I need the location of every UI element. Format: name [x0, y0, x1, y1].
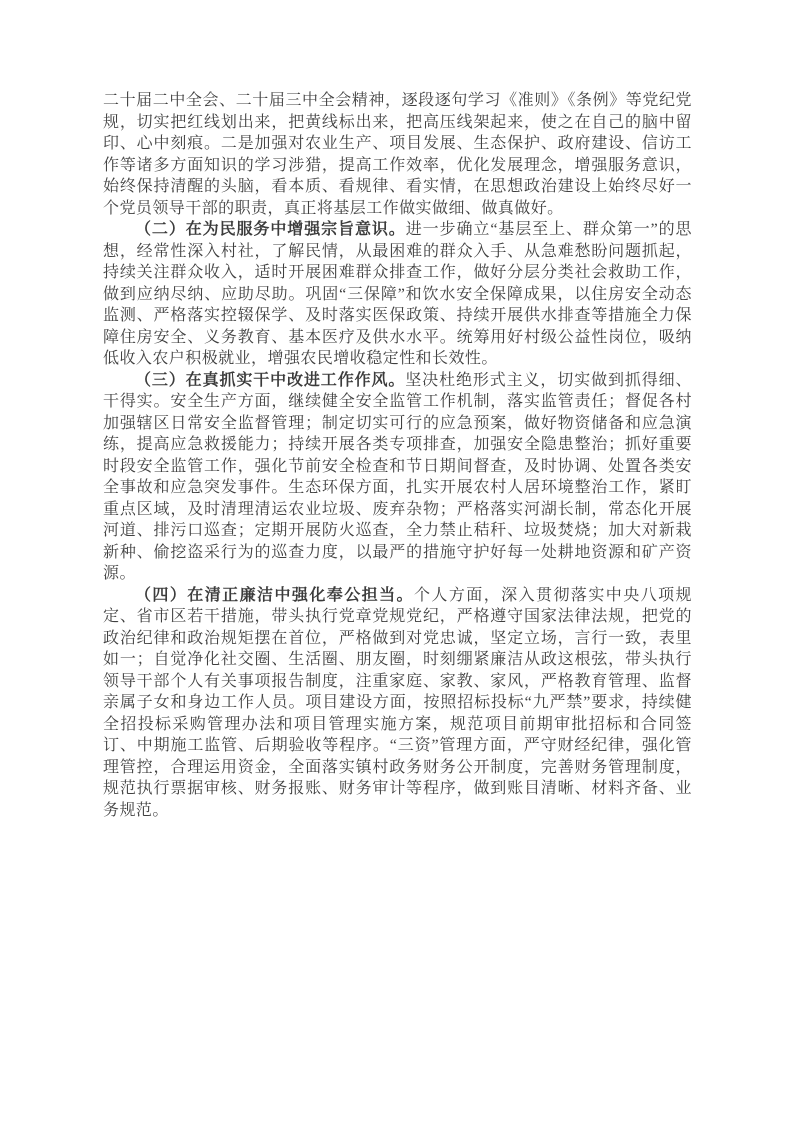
section-heading-4: （四）在清正廉洁中强化奉公担当。 — [135, 587, 414, 604]
document-page: 二十届二中全会、二十届三中全会精神，逐段逐句学习《准则》《条例》等党纪党规，切实… — [0, 0, 793, 1122]
section-heading-2: （二）在为民服务中增强宗旨意识。 — [135, 221, 406, 238]
paragraph-section-2: （二）在为民服务中增强宗旨意识。进一步确立“基层至上、群众第一”的思想，经常性深… — [103, 219, 692, 370]
paragraph-body-text: 个人方面，深入贯彻落实中央八项规定、省市区若干措施，带头执行党章党规党纪，严格遵… — [103, 587, 692, 819]
section-heading-3: （三）在真抓实干中改进工作作风。 — [135, 372, 405, 389]
paragraph-body-text: 二十届二中全会、二十届三中全会精神，逐段逐句学习《准则》《条例》等党纪党规，切实… — [103, 92, 692, 217]
paragraph-section-3: （三）在真抓实干中改进工作作风。坚决杜绝形式主义，切实做到抓得细、干得实。安全生… — [103, 370, 692, 585]
paragraph-body-text: 坚决杜绝形式主义，切实做到抓得细、干得实。安全生产方面，继续健全安全监管工作机制… — [103, 372, 692, 583]
paragraph-body-text: 进一步确立“基层至上、群众第一”的思想，经常性深入村社，了解民情，从最困难的群众… — [103, 221, 692, 367]
paragraph-section-4: （四）在清正廉洁中强化奉公担当。个人方面，深入贯彻落实中央八项规定、省市区若干措… — [103, 585, 692, 822]
document-text-body: 二十届二中全会、二十届三中全会精神，逐段逐句学习《准则》《条例》等党纪党规，切实… — [103, 90, 692, 821]
paragraph-continuation: 二十届二中全会、二十届三中全会精神，逐段逐句学习《准则》《条例》等党纪党规，切实… — [103, 90, 692, 219]
